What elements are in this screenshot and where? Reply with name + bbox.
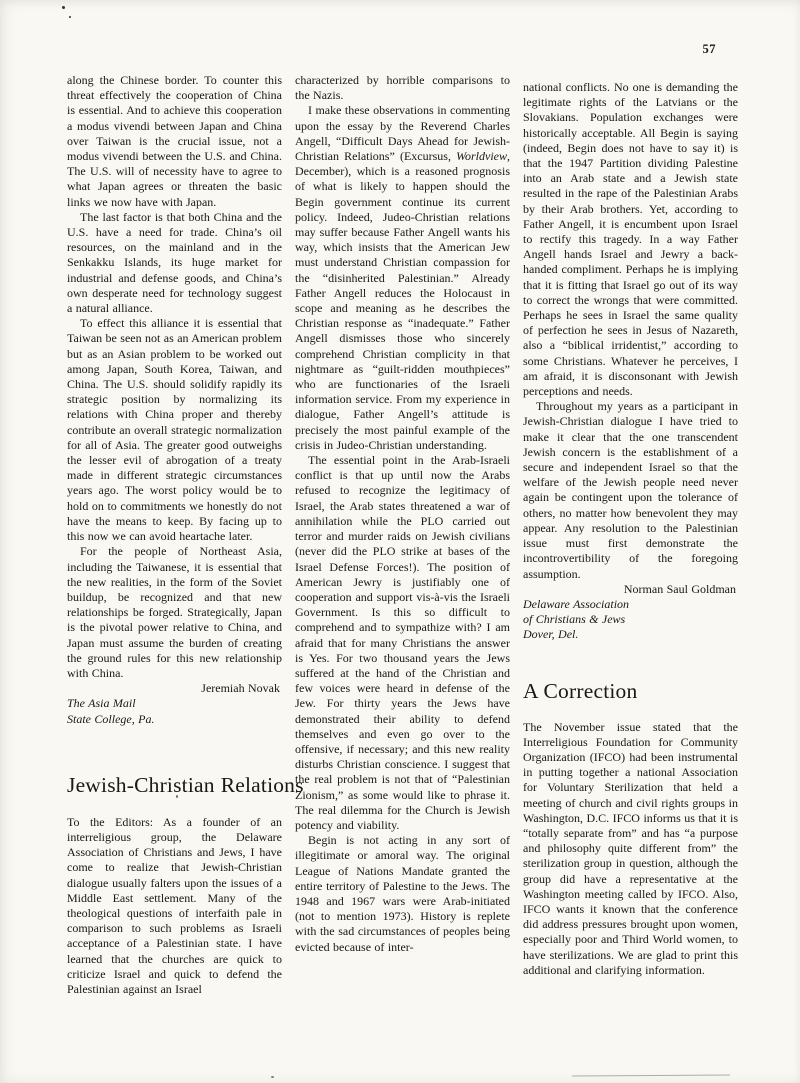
column-1: along the Chinese border. To counter thi… bbox=[67, 73, 282, 997]
journal-title-italic: Worldview bbox=[456, 149, 507, 163]
signature-organization-line1: Delaware Association bbox=[523, 597, 738, 612]
signature-name: Jeremiah Novak bbox=[67, 681, 282, 696]
correction-heading: A Correction bbox=[523, 679, 738, 703]
signature-place: State College, Pa. bbox=[67, 712, 282, 727]
scan-speck bbox=[69, 16, 71, 18]
paragraph-correction-body: The November issue stated that the Inter… bbox=[523, 720, 738, 978]
paragraph-alliance: To effect this alliance it is essential … bbox=[67, 316, 282, 544]
scan-line-artifact bbox=[572, 1074, 730, 1076]
signature-place: Dover, Del. bbox=[523, 627, 738, 642]
scan-speck bbox=[271, 1076, 274, 1078]
signature-name: Norman Saul Goldman bbox=[523, 582, 738, 597]
paragraph-observations: I make these observations in commenting … bbox=[295, 103, 510, 453]
column-2: characterized by horrible comparisons to… bbox=[295, 73, 510, 997]
paragraph-throughout: Throughout my years as a participant in … bbox=[523, 399, 738, 581]
paragraph-last-factor: The last factor is that both China and t… bbox=[67, 210, 282, 316]
scan-speck bbox=[62, 6, 65, 9]
paragraph-begin: Begin is not acting in any sort of illeg… bbox=[295, 833, 510, 955]
paragraph-continued: characterized by horrible comparisons to… bbox=[295, 73, 510, 103]
signature-organization-line2: of Christians & Jews bbox=[523, 612, 738, 627]
paragraph-northeast-asia: For the people of Northeast Asia, includ… bbox=[67, 544, 282, 681]
paragraph-essential-point: The essential point in the Arab-Israeli … bbox=[295, 453, 510, 833]
signature-organization: The Asia Mail bbox=[67, 696, 282, 711]
paragraph-continued: national conflicts. No one is demanding … bbox=[523, 80, 738, 399]
paragraph-text: , December), which is a reasoned prognos… bbox=[295, 149, 510, 452]
magazine-page: 57 along the Chinese border. To counter … bbox=[0, 0, 800, 1083]
three-column-layout: along the Chinese border. To counter thi… bbox=[67, 73, 739, 997]
page-number: 57 bbox=[703, 42, 717, 57]
letter-heading-jewish-christian-relations: Jewish-Christian Relations bbox=[67, 773, 282, 797]
paragraph-letter-opening: To the Editors: As a founder of an inter… bbox=[67, 815, 282, 997]
column-3: national conflicts. No one is demanding … bbox=[523, 73, 738, 997]
paragraph-continued-from-previous-page: along the Chinese border. To counter thi… bbox=[67, 73, 282, 210]
